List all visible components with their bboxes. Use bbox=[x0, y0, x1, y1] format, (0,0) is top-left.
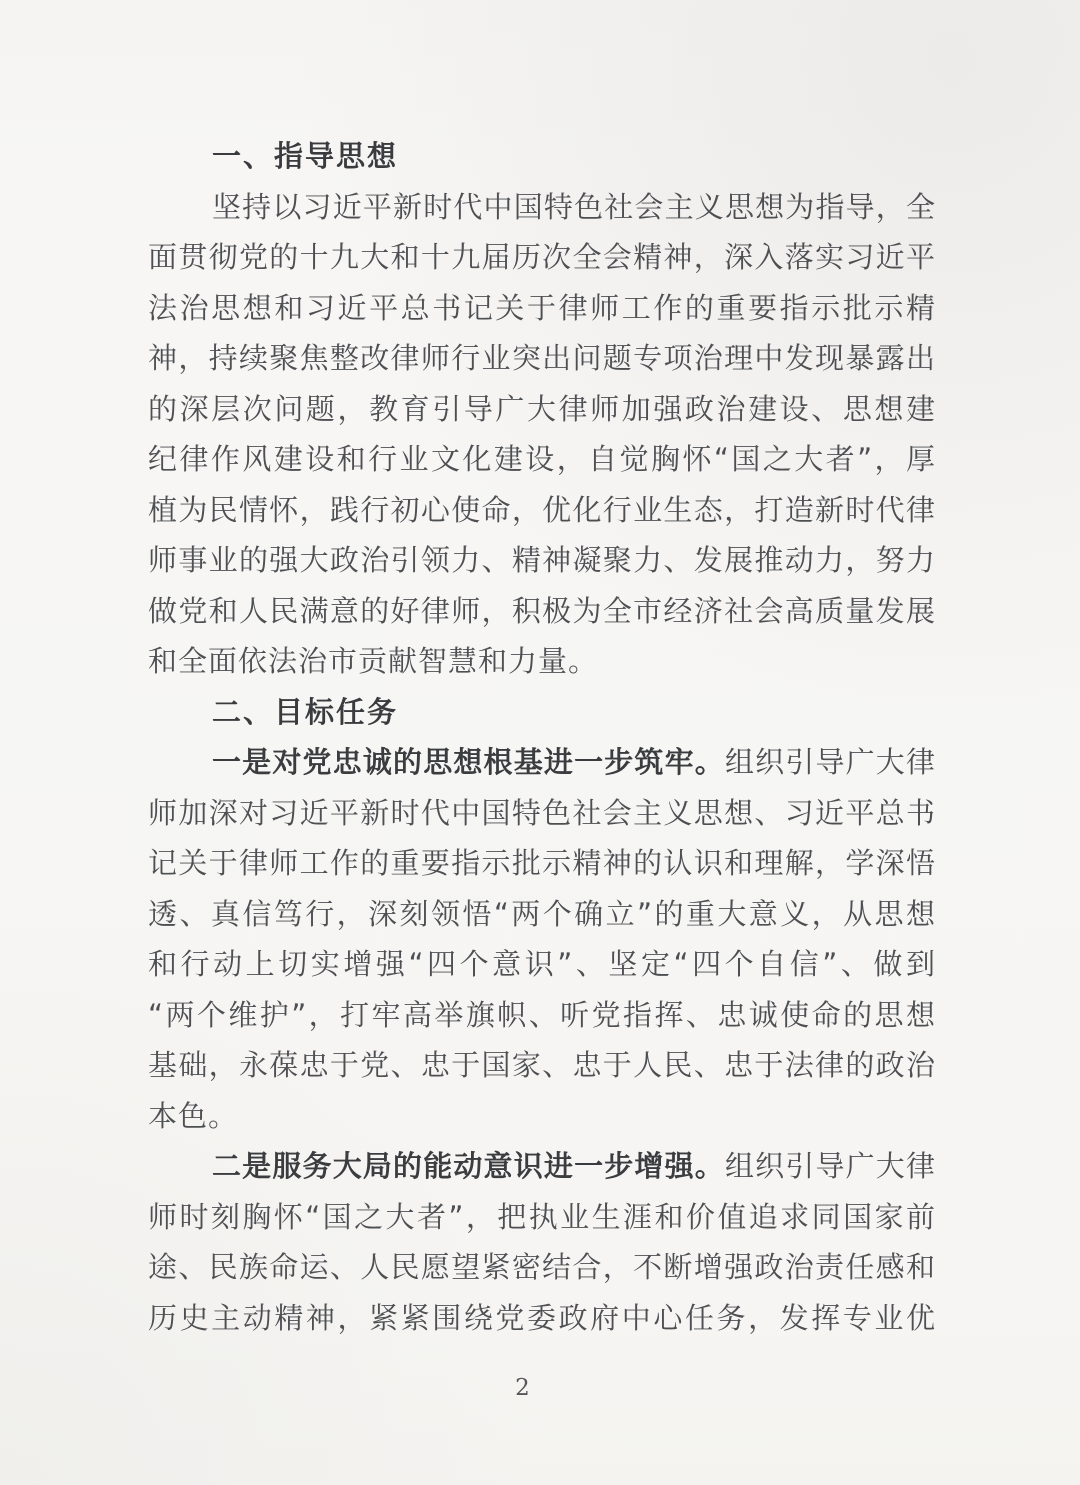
paragraph-line: 师时刻胸怀“国之大者”，把执业生涯和价值追求同国家前 bbox=[148, 1192, 936, 1243]
paragraph-line: 历史主动精神，紧紧围绕党委政府中心任务，发挥专业优势， bbox=[148, 1293, 936, 1344]
page-number: 2 bbox=[0, 1368, 1045, 1408]
section-heading-guiding-ideology: 一、指导思想 bbox=[148, 131, 936, 182]
paragraph-lead-bold: 二是服务大局的能动意识进一步增强。 bbox=[212, 1149, 725, 1183]
paragraph-line: 师事业的强大政治引领力、精神凝聚力、发展推动力，努力 bbox=[148, 535, 936, 586]
paragraph-line: 做党和人民满意的好律师，积极为全市经济社会高质量发展 bbox=[148, 586, 936, 637]
paragraph-line: 基础，永葆忠于党、忠于国家、忠于人民、忠于法律的政治 bbox=[148, 1040, 936, 1091]
paragraph-line: 纪律作风建设和行业文化建设，自觉胸怀“国之大者”，厚 bbox=[148, 434, 936, 485]
paragraph-line: “两个维护”，打牢高举旗帜、听党指挥、忠诚使命的思想 bbox=[148, 990, 936, 1041]
paragraph-line: 和行动上切实增强“四个意识”、坚定“四个自信”、做到 bbox=[148, 939, 936, 990]
paragraph-line: 透、真信笃行，深刻领悟“两个确立”的重大意义，从思想 bbox=[148, 889, 936, 940]
paragraph-line: 植为民情怀，践行初心使命，优化行业生态，打造新时代律 bbox=[148, 485, 936, 536]
paragraph-line: 二是服务大局的能动意识进一步增强。组织引导广大律 bbox=[148, 1141, 936, 1192]
paragraph-line: 途、民族命运、人民愿望紧密结合，不断增强政治责任感和 bbox=[148, 1242, 936, 1293]
paragraph-line: 师加深对习近平新时代中国特色社会主义思想、习近平总书 bbox=[148, 788, 936, 839]
paragraph-line: 坚持以习近平新时代中国特色社会主义思想为指导，全 bbox=[148, 182, 936, 233]
paragraph-line: 和全面依法治市贡献智慧和力量。 bbox=[148, 636, 936, 687]
paragraph-line: 面贯彻党的十九大和十九届历次全会精神，深入落实习近平 bbox=[148, 232, 936, 283]
paragraph-lead-bold: 一是对党忠诚的思想根基进一步筑牢。 bbox=[212, 745, 725, 779]
paragraph-line: 本色。 bbox=[148, 1091, 936, 1142]
paragraph-line: 神，持续聚焦整改律师行业突出问题专项治理中发现暴露出 bbox=[148, 333, 936, 384]
document-page: 一、指导思想 坚持以习近平新时代中国特色社会主义思想为指导，全 面贯彻党的十九大… bbox=[0, 0, 1080, 1485]
section-heading-target-tasks: 二、目标任务 bbox=[148, 687, 936, 738]
paragraph-line: 一是对党忠诚的思想根基进一步筑牢。组织引导广大律 bbox=[148, 737, 936, 788]
paragraph-line: 法治思想和习近平总书记关于律师工作的重要指示批示精 bbox=[148, 283, 936, 334]
document-body: 一、指导思想 坚持以习近平新时代中国特色社会主义思想为指导，全 面贯彻党的十九大… bbox=[148, 131, 936, 1343]
paragraph-line: 的深层次问题，教育引导广大律师加强政治建设、思想建设、 bbox=[148, 384, 936, 435]
paragraph-rest: 组织引导广大律 bbox=[725, 745, 936, 779]
paragraph-rest: 组织引导广大律 bbox=[725, 1149, 936, 1183]
paragraph-line: 记关于律师工作的重要指示批示精神的认识和理解，学深悟 bbox=[148, 838, 936, 889]
